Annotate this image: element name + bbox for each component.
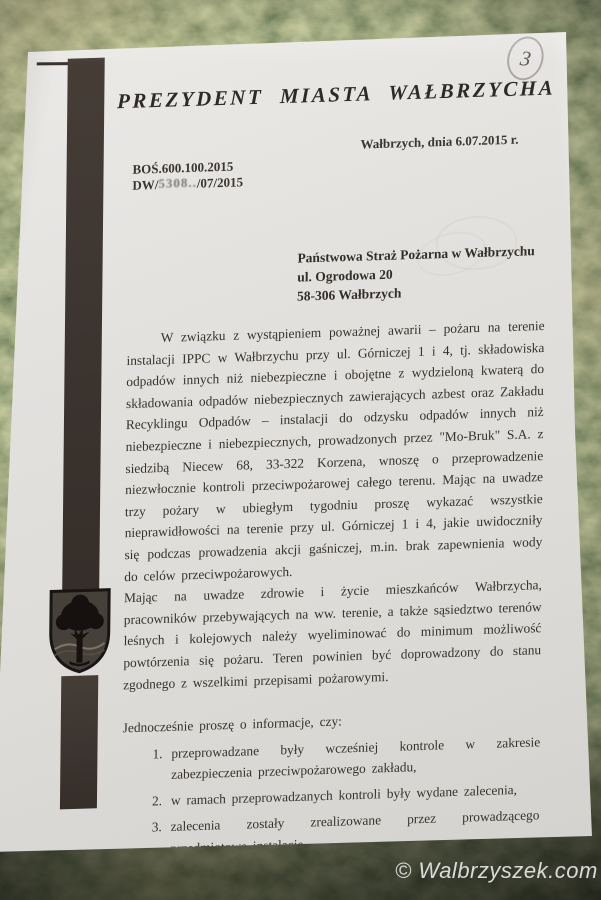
letter-body: W związku z wystąpieniem poważnej awarii… <box>121 315 544 866</box>
place-date-line: Wałbrzych, dnia 6.07.2015 r. <box>267 132 519 156</box>
reference-line-2-suffix: /07/2015 <box>197 174 243 190</box>
letterhead-stripe-bottom <box>60 675 98 809</box>
watermark-text: © Walbrzyszek.com <box>395 858 598 884</box>
body-paragraph-2: Mając na uwadze zdrowie i życie mieszkań… <box>123 574 542 695</box>
letterhead-stripe-top <box>62 58 105 593</box>
reference-line-2: DW/5308../07/2015 <box>132 174 243 193</box>
body-paragraph-1: W związku z wystąpieniem poważnej awarii… <box>124 315 545 587</box>
letterhead-rule <box>37 62 69 65</box>
page-number-text: 3 <box>518 45 532 71</box>
walbrzych-coat-of-arms-icon <box>47 588 112 676</box>
addressee-block: Państwowa Straż Pożarna w Wałbrzychu ul.… <box>297 241 535 306</box>
photo-of-letter: 3 PREZYDENT MIASTA WAŁBRZYCHA Wałbrzych,… <box>0 0 601 900</box>
reference-line-2-prefix: DW/ <box>132 176 158 192</box>
sender-header: PREZYDENT MIASTA WAŁBRZYCHA <box>113 75 559 114</box>
letter-content: 3 PREZYDENT MIASTA WAŁBRZYCHA Wałbrzych,… <box>20 23 572 847</box>
reference-line-2-handwritten-number: 5308.. <box>158 174 197 191</box>
document-paper: 3 PREZYDENT MIASTA WAŁBRZYCHA Wałbrzych,… <box>0 0 601 900</box>
reference-numbers: BOŚ.600.100.2015 DW/5308../07/2015 <box>132 158 243 193</box>
list-item: przeprowadzane były wcześniej kontrole w… <box>168 731 540 786</box>
